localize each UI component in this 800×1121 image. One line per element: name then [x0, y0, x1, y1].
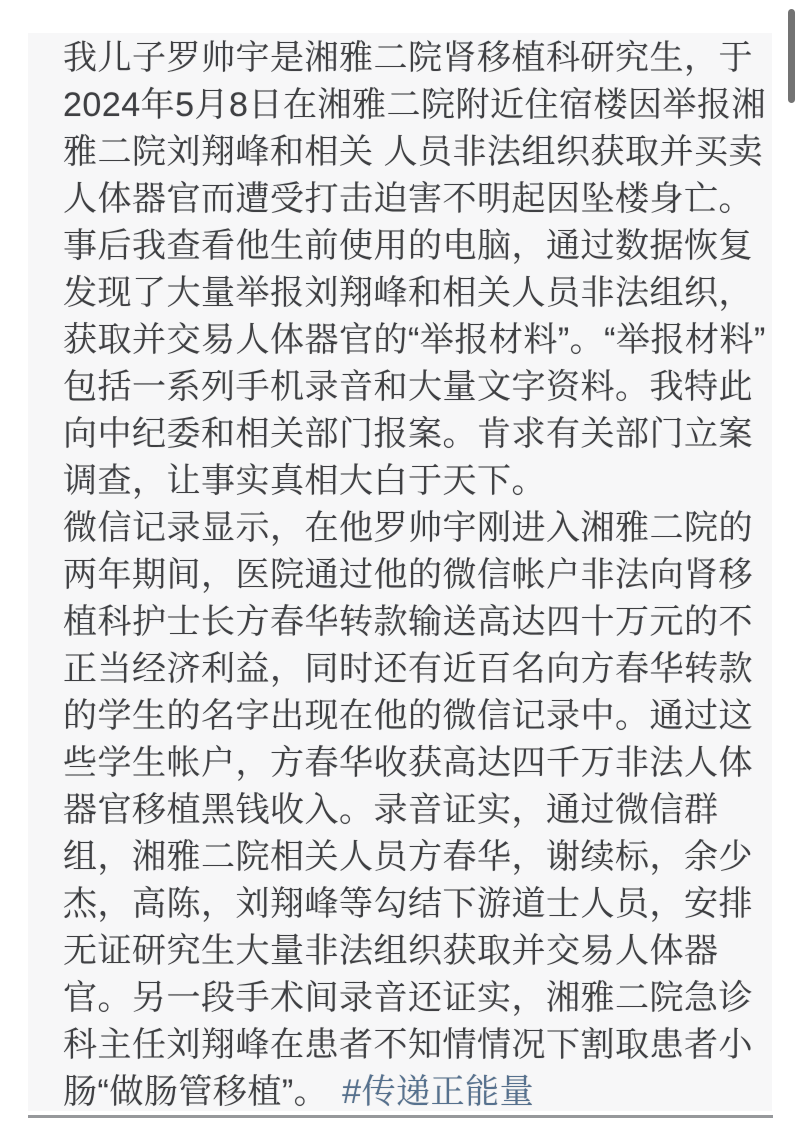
text-line-content: 科主任刘翔峰在患者不知情情况下割取患者小 [63, 1026, 753, 1064]
text-line: 官。另一段手术间录音还证实，湘雅二院急诊 [63, 975, 762, 1022]
text-line-content: 微信记录显示，在他罗帅宇刚进入湘雅二院的 [63, 509, 753, 547]
text-line: 包括一系列手机录音和大量文字资料。我特此 [63, 364, 762, 411]
text-line-content: 获取并交易人体器官的“举报材料”。“举报材料” [63, 321, 766, 359]
text-line-content: 官。另一段手术间录音还证实，湘雅二院急诊 [63, 979, 753, 1017]
text-line: 肠“做肠管移植”。#传递正能量 [63, 1069, 762, 1111]
text-line-content: 正当经济利益，同时还有近百名向方春华转款 [63, 650, 753, 688]
text-line: 器官移植黑钱收入。录音证实，通过微信群 [63, 787, 762, 834]
text-line: 正当经济利益，同时还有近百名向方春华转款 [63, 646, 762, 693]
text-line-content: 向中纪委和相关部门报案。肯求有关部门立案 [63, 415, 753, 453]
text-line: 雅二院刘翔峰和相关 人员非法组织获取并买卖 [63, 129, 762, 176]
text-line-content: 两年期间，医院通过他的微信帐户非法向肾移 [63, 556, 753, 594]
text-line-content: 植科护士长方春华转款输送高达四十万元的不 [63, 603, 753, 641]
page: 我儿子罗帅宇是湘雅二院肾移植科研究生，于2024年5月8日在湘雅二院附近住宿楼因… [0, 0, 800, 1121]
text-line: 组，湘雅二院相关人员方春华，谢续标，余少 [63, 834, 762, 881]
text-line-content: 调查，让事实真相大白于天下。 [63, 462, 546, 500]
text-line: 调查，让事实真相大白于天下。 [63, 458, 762, 505]
text-line: 我儿子罗帅宇是湘雅二院肾移植科研究生，于 [63, 35, 762, 82]
text-line-content: 无证研究生大量非法组织获取并交易人体器 [63, 932, 719, 970]
scrollbar-thumb[interactable] [788, 9, 795, 103]
text-line: 些学生帐户，方春华收获高达四千万非法人体 [63, 740, 762, 787]
text-line-content: 器官移植黑钱收入。录音证实，通过微信群 [63, 791, 719, 829]
report-text-block: 我儿子罗帅宇是湘雅二院肾移植科研究生，于2024年5月8日在湘雅二院附近住宿楼因… [63, 35, 762, 1111]
report-text-image: 我儿子罗帅宇是湘雅二院肾移植科研究生，于2024年5月8日在湘雅二院附近住宿楼因… [28, 33, 772, 1111]
text-line: 事后我查看他生前使用的电脑，通过数据恢复 [63, 223, 762, 270]
text-line: 杰，高陈，刘翔峰等勾结下游道士人员，安排 [63, 881, 762, 928]
text-line: 向中纪委和相关部门报案。肯求有关部门立案 [63, 411, 762, 458]
text-line: 两年期间，医院通过他的微信帐户非法向肾移 [63, 552, 762, 599]
text-line-content: 2024年5月8日在湘雅二院附近住宿楼因举报湘 [63, 86, 766, 124]
text-line: 2024年5月8日在湘雅二院附近住宿楼因举报湘 [63, 82, 762, 129]
text-line-content: 组，湘雅二院相关人员方春华，谢续标，余少 [63, 838, 753, 876]
text-line-content: 发现了大量举报刘翔峰和相关人员非法组织， [63, 274, 753, 312]
text-line-content: 我儿子罗帅宇是湘雅二院肾移植科研究生，于 [63, 39, 753, 77]
text-line: 植科护士长方春华转款输送高达四十万元的不 [63, 599, 762, 646]
text-line-content: 杰，高陈，刘翔峰等勾结下游道士人员，安排 [63, 885, 753, 923]
text-line: 的学生的名字出现在他的微信记录中。通过这 [63, 693, 762, 740]
text-line-content: 肠“做肠管移植”。 [63, 1073, 328, 1111]
hashtag-link[interactable]: #传递正能量 [342, 1073, 534, 1111]
text-line-content: 人体器官而遭受打击迫害不明起因坠楼身亡。 [63, 180, 753, 218]
text-line-content: 事后我查看他生前使用的电脑，通过数据恢复 [63, 227, 753, 265]
text-line: 科主任刘翔峰在患者不知情情况下割取患者小 [63, 1022, 762, 1069]
text-line: 发现了大量举报刘翔峰和相关人员非法组织， [63, 270, 762, 317]
text-line-content: 包括一系列手机录音和大量文字资料。我特此 [63, 368, 753, 406]
text-line: 无证研究生大量非法组织获取并交易人体器 [63, 928, 762, 975]
bottom-divider [28, 1115, 773, 1118]
text-line-content: 些学生帐户，方春华收获高达四千万非法人体 [63, 744, 753, 782]
text-line: 微信记录显示，在他罗帅宇刚进入湘雅二院的 [63, 505, 762, 552]
text-line: 人体器官而遭受打击迫害不明起因坠楼身亡。 [63, 176, 762, 223]
text-line: 获取并交易人体器官的“举报材料”。“举报材料” [63, 317, 762, 364]
text-line-content: 雅二院刘翔峰和相关 人员非法组织获取并买卖 [63, 133, 763, 171]
text-line-content: 的学生的名字出现在他的微信记录中。通过这 [63, 697, 753, 735]
